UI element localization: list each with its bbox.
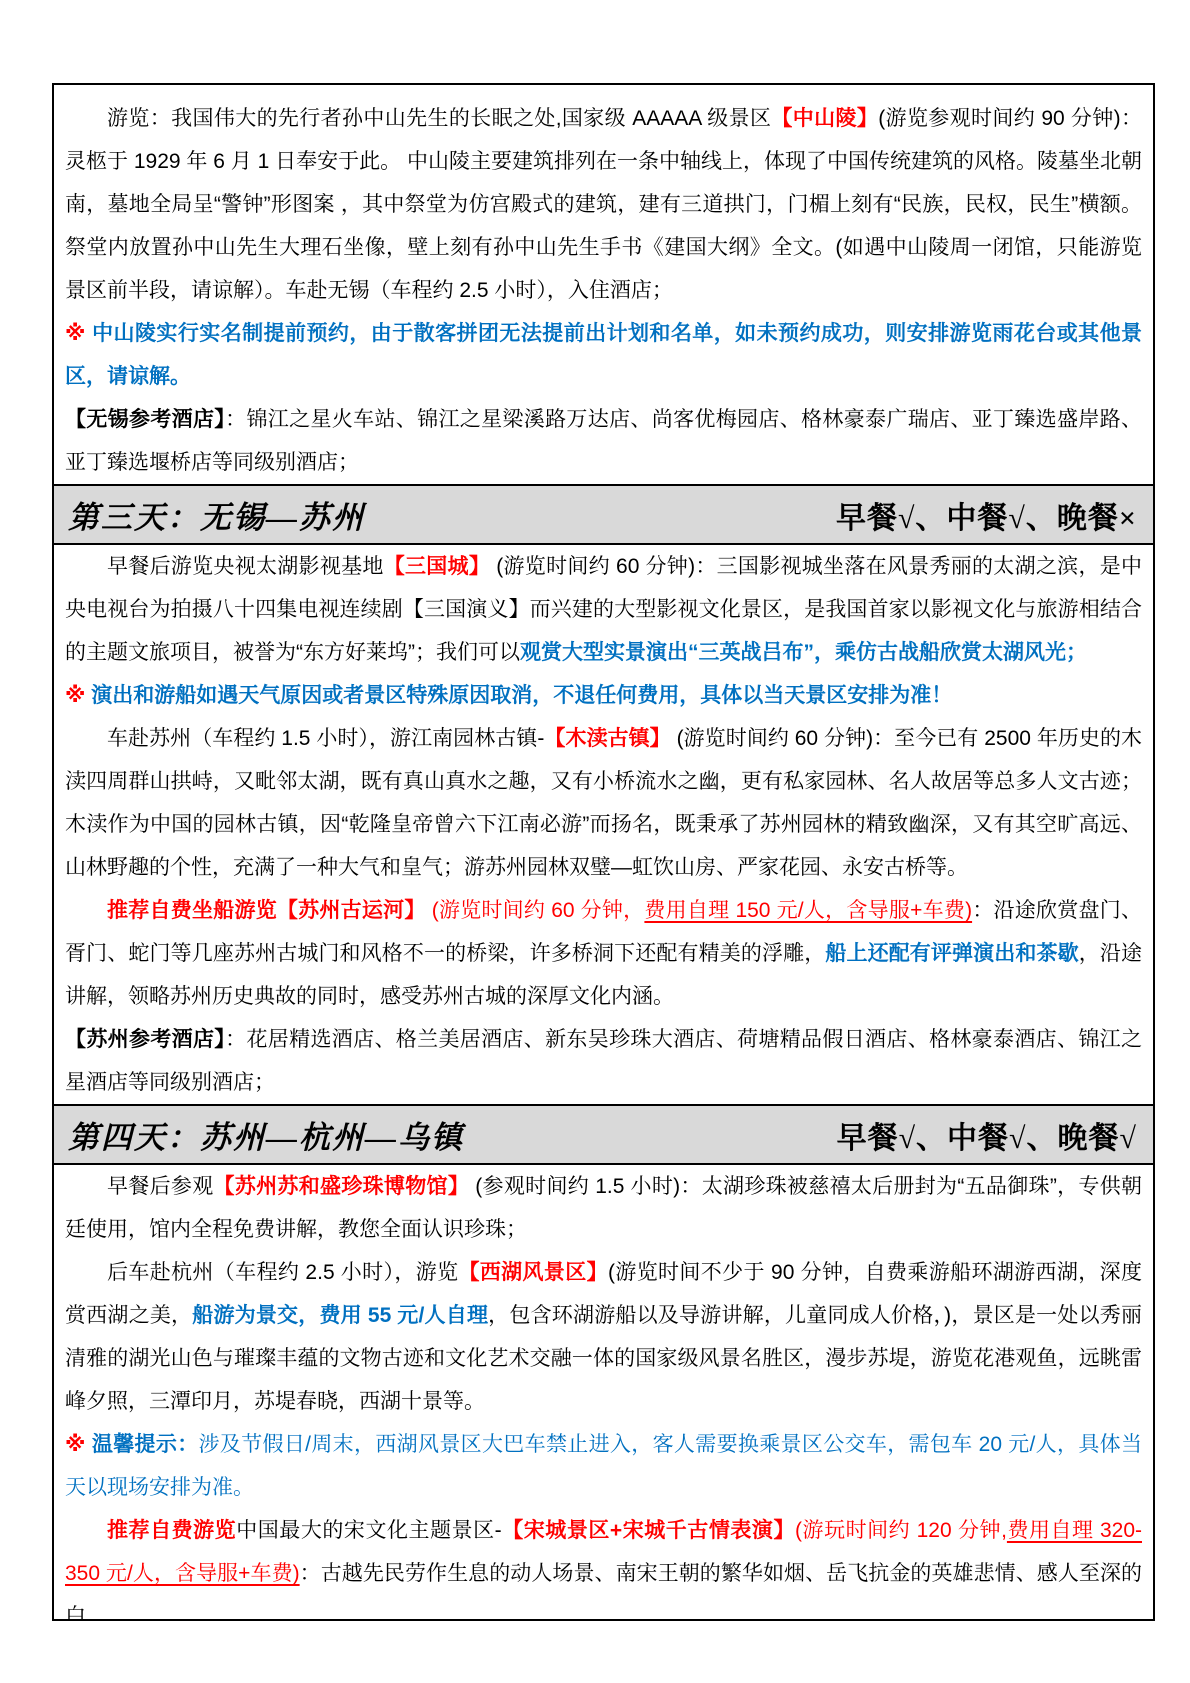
- para-pearl-museum: 早餐后参观【苏州苏和盛珍珠博物馆】 (参观时间约 1.5 小时)：太湖珍珠被慈禧…: [65, 1165, 1142, 1251]
- text-run: 车赴苏州（车程约 1.5 小时），游江南园林古镇-: [107, 727, 544, 750]
- text-run: 中国最大的宋文化主题景区-: [236, 1519, 501, 1542]
- para-westlake: 后车赴杭州（车程约 2.5 小时），游览【西湖风景区】(游览时间不少于 90 分…: [65, 1251, 1142, 1423]
- notice-performance-cancellation: ※ 演出和游船如遇天气原因或者景区特殊原因取消，不退任何费用，具体以当天景区安排…: [65, 674, 1142, 717]
- text-run: 观赏大型实景演出“三英战吕布”，乘仿古战船欣赏太湖风光；: [520, 641, 1087, 664]
- text-run: 推荐自费坐船游览【苏州古运河】: [107, 899, 426, 922]
- text-run: 早餐后参观: [107, 1175, 214, 1198]
- text-run: 船上还配有评弹演出和茶歇: [825, 942, 1078, 965]
- text-run: (游览时间约 60 分钟，: [426, 899, 645, 922]
- text-run: 温馨提示：: [92, 1433, 199, 1456]
- day3-header: 第三天：无锡—苏州早餐√、中餐√、晚餐×: [54, 484, 1153, 545]
- text-run: 中山陵实行实名制提前预约，由于散客拼团无法提前出计划和名单，如未预约成功，则安排…: [65, 322, 1142, 388]
- para-suzhou-canal: 推荐自费坐船游览【苏州古运河】 (游览时间约 60 分钟，费用自理 150 元/…: [65, 889, 1142, 1018]
- text-run: 【无锡参考酒店】: [65, 408, 225, 431]
- text-run: 游览：我国伟大的先行者孙中山先生的长眠之处,国家级 AAAAA 级景区: [107, 107, 771, 130]
- para-zhongshanling: 游览：我国伟大的先行者孙中山先生的长眠之处,国家级 AAAAA 级景区【中山陵】…: [65, 97, 1142, 312]
- page: 游览：我国伟大的先行者孙中山先生的长眠之处,国家级 AAAAA 级景区【中山陵】…: [0, 0, 1190, 1683]
- text-run: 【宋城景区+宋城千古情表演】: [502, 1519, 795, 1542]
- text-run: 费用自理 150 元/人，含导服+车费): [644, 899, 972, 922]
- day4-header-title: 第四天：苏州—杭州—乌镇: [68, 1112, 464, 1157]
- text-run: 涉及节假日/周末，西湖风景区大巴车禁止进入，客人需要换乘景区公交车，需包车 20…: [65, 1433, 1142, 1499]
- text-run: ※: [65, 322, 92, 345]
- text-run: 后车赴杭州（车程约 2.5 小时），游览: [107, 1261, 458, 1284]
- day3-header-title: 第三天：无锡—苏州: [68, 492, 365, 537]
- hotels-suzhou: 【苏州参考酒店】：花居精选酒店、格兰美居酒店、新东吴珍珠大酒店、荷塘精品假日酒店…: [65, 1018, 1142, 1104]
- text-run: 演出和游船如遇天气原因或者景区特殊原因取消，不退任何费用，具体以当天景区安排为准…: [91, 684, 952, 707]
- text-run: ※: [65, 684, 91, 707]
- hotels-wuxi: 【无锡参考酒店】：锦江之星火车站、锦江之星梁溪路万达店、尚客优梅园店、格林豪泰广…: [65, 398, 1142, 484]
- text-run: 早餐后游览央视太湖影视基地: [107, 555, 384, 578]
- para-sanguocheng: 早餐后游览央视太湖影视基地【三国城】 (游览时间约 60 分钟)：三国影视城坐落…: [65, 545, 1142, 674]
- text-run: 【木渎古镇】: [544, 727, 670, 750]
- itinerary-document: 游览：我国伟大的先行者孙中山先生的长眠之处,国家级 AAAAA 级景区【中山陵】…: [52, 83, 1155, 1621]
- day4-header-meals: 早餐√、中餐√、晚餐√: [837, 1113, 1137, 1157]
- text-run: 【西湖风景区】: [458, 1261, 608, 1284]
- text-run: 船游为景交，费用 55 元/人自理: [192, 1304, 488, 1327]
- notice-westlake-bus: ※ 温馨提示：涉及节假日/周末，西湖风景区大巴车禁止进入，客人需要换乘景区公交车…: [65, 1423, 1142, 1509]
- para-songcheng: 推荐自费游览中国最大的宋文化主题景区-【宋城景区+宋城千古情表演】(游玩时间约 …: [65, 1509, 1142, 1621]
- text-run: 【中山陵】: [771, 107, 878, 130]
- day3-header-meals: 早餐√、中餐√、晚餐×: [836, 493, 1137, 537]
- notice-zhongshanling-reservation: ※ 中山陵实行实名制提前预约，由于散客拼团无法提前出计划和名单，如未预约成功，则…: [65, 312, 1142, 398]
- text-run: 推荐自费游览: [107, 1519, 236, 1542]
- text-run: 【苏州苏和盛珍珠博物馆】: [214, 1175, 470, 1198]
- text-run: ：花居精选酒店、格兰美居酒店、新东吴珍珠大酒店、荷塘精品假日酒店、格林豪泰酒店、…: [65, 1028, 1142, 1094]
- text-run: 【三国城】: [384, 555, 490, 578]
- text-run: ※: [65, 1433, 92, 1456]
- text-run: (游玩时间约 120 分钟,: [795, 1519, 1007, 1542]
- text-run: ：锦江之星火车站、锦江之星梁溪路万达店、尚客优梅园店、格林豪泰广瑞店、亚丁臻选盛…: [65, 408, 1142, 474]
- day4-header: 第四天：苏州—杭州—乌镇早餐√、中餐√、晚餐√: [54, 1104, 1153, 1165]
- text-run: 【苏州参考酒店】: [65, 1028, 225, 1051]
- text-run: (游览参观时间约 90 分钟)：灵柩于 1929 年 6 月 1 日奉安于此。 …: [65, 107, 1142, 302]
- para-mudu: 车赴苏州（车程约 1.5 小时），游江南园林古镇-【木渎古镇】 (游览时间约 6…: [65, 717, 1142, 889]
